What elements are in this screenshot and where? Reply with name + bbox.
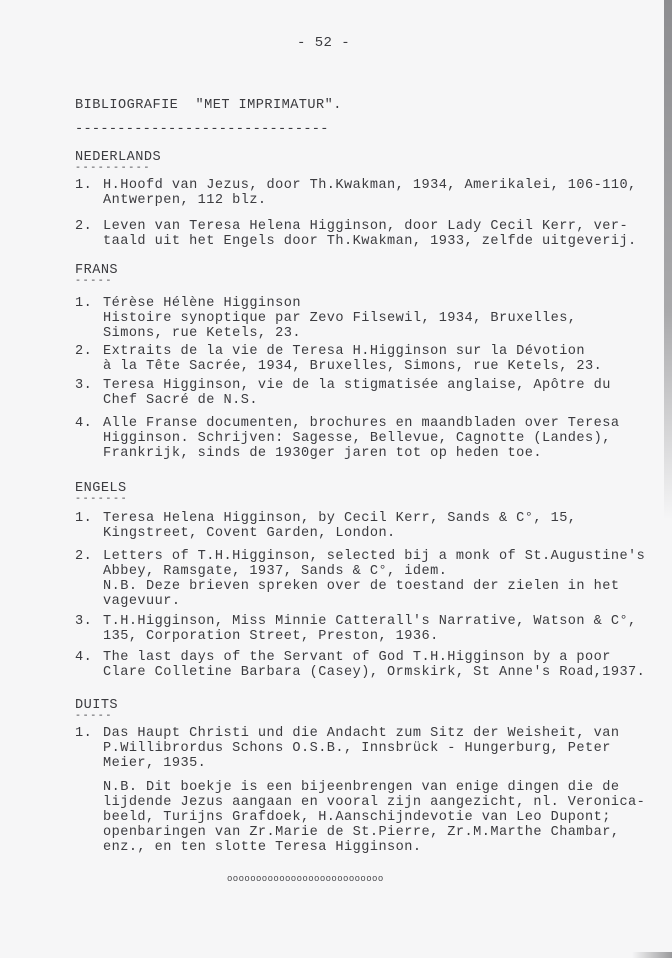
item-line: 135, Corporation Street, Preston, 1936. [103, 629, 655, 644]
item-line: N.B. Deze brieven spreken over de toesta… [103, 579, 655, 594]
item-number: 3. [75, 614, 103, 644]
title-rule: ------------------------------ [75, 122, 329, 137]
list-item: 1. H.Hoofd van Jezus, door Th.Kwakman, 1… [75, 178, 655, 208]
item-line: T.H.Higginson, Miss Minnie Catterall's N… [103, 614, 655, 629]
list-item: 1. Térèse Hélène Higginson Histoire syno… [75, 296, 655, 341]
item-line: H.Hoofd van Jezus, door Th.Kwakman, 1934… [103, 178, 655, 193]
item-line: P.Willibrordus Schons O.S.B., Innsbrück … [103, 741, 655, 756]
list-item: 1. Das Haupt Christi und die Andacht zum… [75, 726, 655, 771]
list-item: 4. The last days of the Servant of God T… [75, 650, 655, 680]
section-heading-frans: FRANS ----- [75, 263, 118, 285]
section-heading-duits: DUITS ----- [75, 698, 118, 720]
section-underline: ------- [75, 497, 128, 503]
item-line: Extraits de la vie de Teresa H.Higginson… [103, 344, 655, 359]
scan-edge-shadow-bottom [632, 952, 672, 958]
page-number: - 52 - [297, 36, 350, 51]
item-line: Meier, 1935. [103, 756, 655, 771]
item-line: à la Tête Sacrée, 1934, Bruxelles, Simon… [103, 359, 655, 374]
note-block: N.B. Dit boekje is een bijeenbrengen van… [75, 780, 655, 855]
item-line: Das Haupt Christi und die Andacht zum Si… [103, 726, 655, 741]
item-number: 3. [75, 378, 103, 408]
item-line: Frankrijk, sinds de 1930ger jaren tot op… [103, 446, 655, 461]
section-heading-text: ENGELS [75, 481, 127, 496]
section-heading-text: FRANS [75, 263, 118, 278]
note-line: N.B. Dit boekje is een bijeenbrengen van… [103, 780, 655, 795]
item-line: Kingstreet, Covent Garden, London. [103, 526, 655, 541]
section-underline: ---------- [75, 166, 161, 172]
item-line: vagevuur. [103, 594, 655, 609]
section-underline: ----- [75, 279, 118, 285]
item-line: Antwerpen, 112 blz. [103, 193, 655, 208]
item-line: The last days of the Servant of God T.H.… [103, 650, 655, 665]
scanned-page: - 52 - BIBLIOGRAFIE "MET IMPRIMATUR". --… [0, 0, 672, 958]
item-line: Clare Colletine Barbara (Casey), Ormskir… [103, 665, 655, 680]
closing-ornament: ooooooooooooooooooooooooooo [227, 874, 384, 884]
section-heading-text: NEDERLANDS [75, 150, 161, 165]
item-line: Alle Franse documenten, brochures en maa… [103, 416, 655, 431]
note-line: enz., en ten slotte Teresa Higginson. [103, 840, 655, 855]
section-heading-text: DUITS [75, 698, 118, 713]
item-number: 2. [75, 219, 103, 249]
item-line: Higginson. Schrijven: Sagesse, Bellevue,… [103, 431, 655, 446]
list-item: 3. T.H.Higginson, Miss Minnie Catterall'… [75, 614, 655, 644]
item-line: Simons, rue Ketels, 23. [103, 326, 655, 341]
section-underline: ----- [75, 714, 118, 720]
item-line: Leven van Teresa Helena Higginson, door … [103, 219, 655, 234]
item-line: Histoire synoptique par Zevo Filsewil, 1… [103, 311, 655, 326]
scan-edge-shadow [664, 0, 672, 520]
list-item: 3. Teresa Higginson, vie de la stigmatis… [75, 378, 655, 408]
item-line: taald uit het Engels door Th.Kwakman, 19… [103, 234, 655, 249]
item-number: 4. [75, 650, 103, 680]
note-line: openbaringen van Zr.Marie de St.Pierre, … [103, 825, 655, 840]
section-heading-nederlands: NEDERLANDS ---------- [75, 150, 161, 172]
item-line: Letters of T.H.Higginson, selected bij a… [103, 549, 655, 564]
item-number: 4. [75, 416, 103, 461]
item-number: 1. [75, 511, 103, 541]
section-heading-engels: ENGELS ------- [75, 481, 128, 503]
item-number: 1. [75, 726, 103, 771]
list-item: 1. Teresa Helena Higginson, by Cecil Ker… [75, 511, 655, 541]
list-item: 2. Letters of T.H.Higginson, selected bi… [75, 549, 655, 609]
item-number: 2. [75, 549, 103, 609]
list-item: 2. Extraits de la vie de Teresa H.Higgin… [75, 344, 655, 374]
list-item: 2. Leven van Teresa Helena Higginson, do… [75, 219, 655, 249]
item-number: 1. [75, 178, 103, 208]
item-line: Abbey, Ramsgate, 1937, Sands & C°, idem. [103, 564, 655, 579]
note-line: lijdende Jezus aangaan en vooral zijn aa… [103, 795, 655, 810]
note-line: beeld, Turijns Grafdoek, H.Aanschijndevo… [103, 810, 655, 825]
item-line: Teresa Helena Higginson, by Cecil Kerr, … [103, 511, 655, 526]
item-line: Teresa Higginson, vie de la stigmatisée … [103, 378, 655, 393]
list-item: 4. Alle Franse documenten, brochures en … [75, 416, 655, 461]
item-number: 2. [75, 344, 103, 374]
item-line: Chef Sacré de N.S. [103, 393, 655, 408]
item-line: Térèse Hélène Higginson [103, 296, 655, 311]
page-title: BIBLIOGRAFIE "MET IMPRIMATUR". [75, 98, 342, 113]
item-number: 1. [75, 296, 103, 341]
